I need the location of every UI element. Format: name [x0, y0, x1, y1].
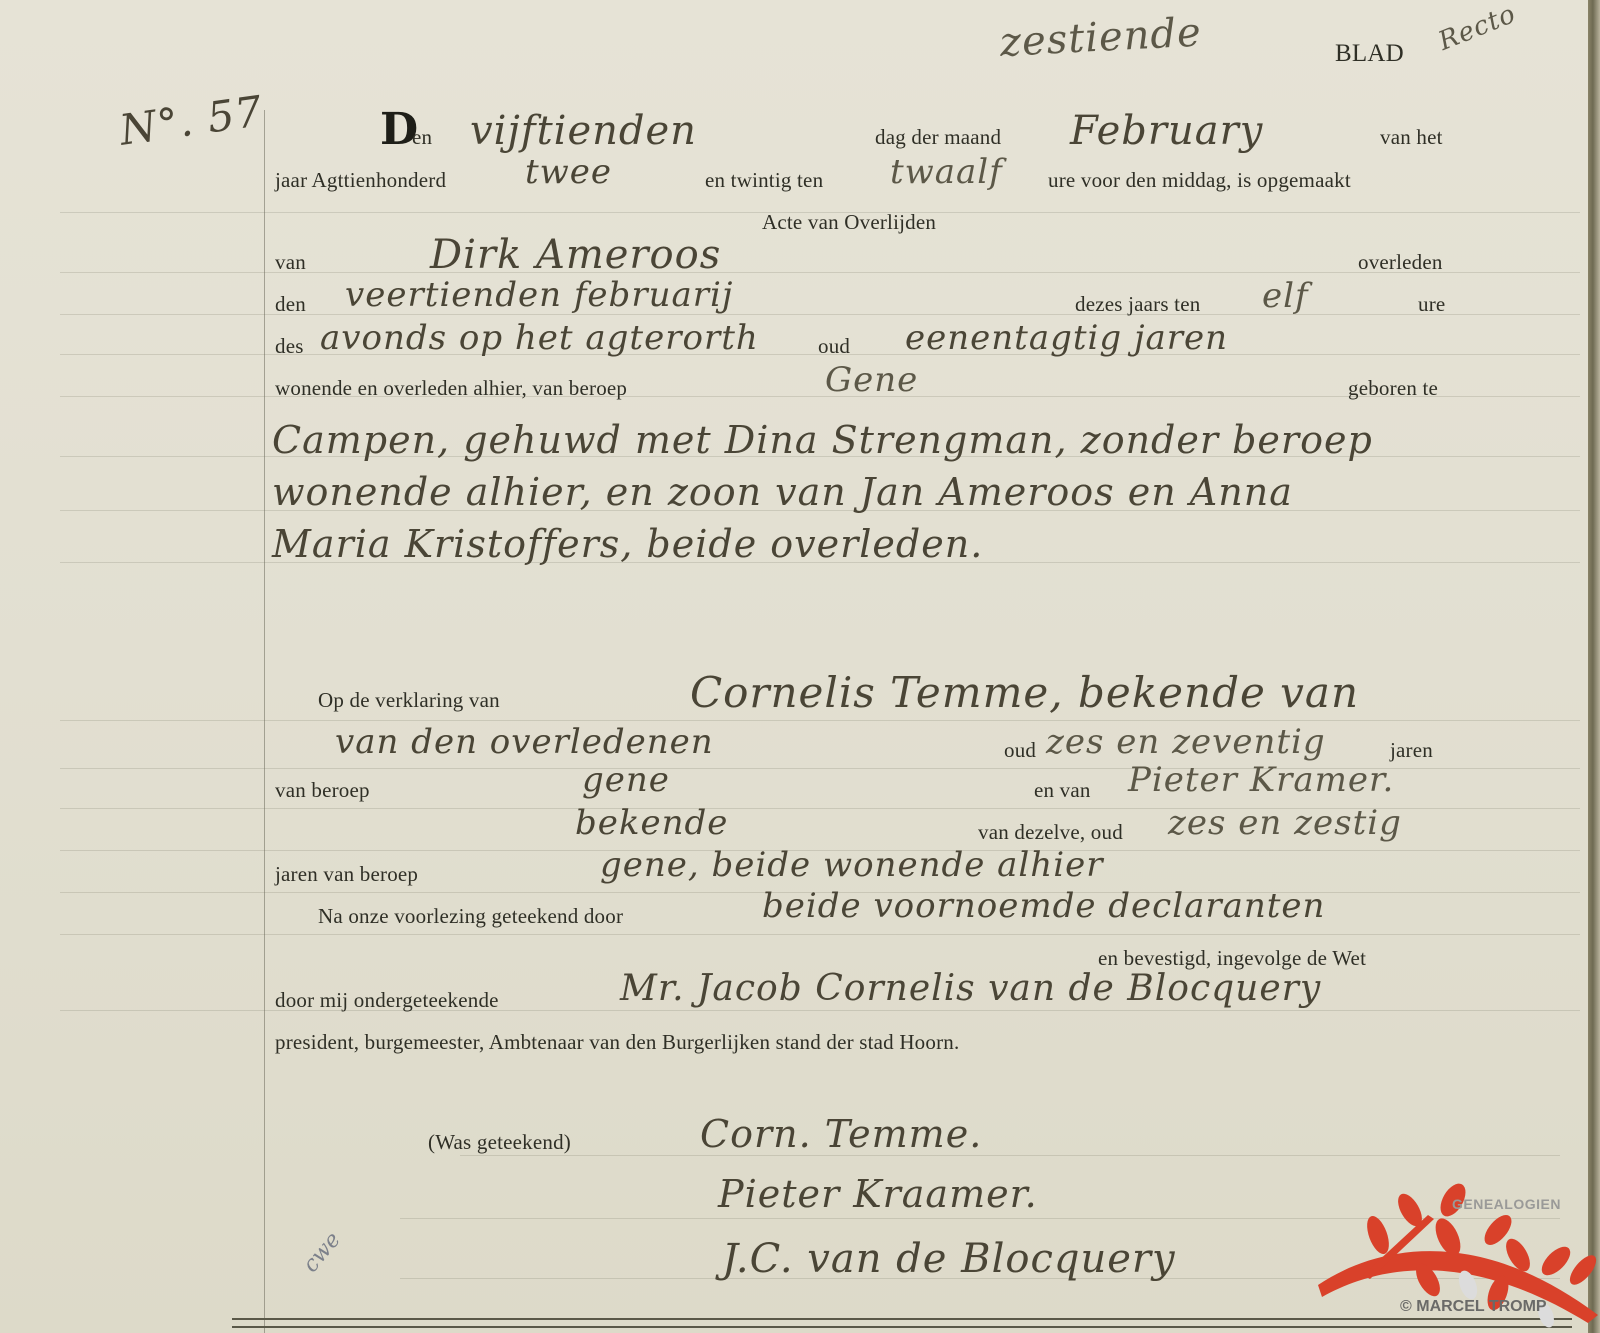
- time-of-day-handwritten: avonds op het agterorth: [320, 318, 759, 358]
- sheet-number-handwritten: zestiende: [999, 9, 1203, 66]
- printed-van-beroep: van beroep: [275, 778, 370, 803]
- day-handwritten: vijftienden: [470, 108, 697, 154]
- official-name-handwritten: Mr. Jacob Cornelis van de Blocquery: [620, 968, 1321, 1009]
- was-geteekend-label: (Was geteekend): [428, 1130, 571, 1155]
- register-page: zestiende BLAD Recto N°. 57 D en vijftie…: [0, 0, 1588, 1333]
- deceased-age-handwritten: eenentagtig jaren: [905, 318, 1228, 358]
- signature-blocquery: J.C. van de Blocquery: [722, 1236, 1176, 1282]
- death-date-handwritten: veertienden februarij: [345, 275, 733, 315]
- year-handwritten: twee: [525, 152, 612, 192]
- printed-overleden: overleden: [1358, 250, 1443, 275]
- declarant2-age-handwritten: zes en zestig: [1168, 803, 1402, 843]
- declarant1-handwritten: Cornelis Temme, bekende van: [690, 668, 1359, 717]
- page-edge: [1588, 0, 1600, 1333]
- signature-temme: Corn. Temme.: [700, 1112, 982, 1156]
- deceased-occupation-handwritten: Gene: [825, 360, 918, 400]
- declarant2-occupation-handwritten: gene, beide wonende alhier: [600, 845, 1103, 885]
- deceased-name-handwritten: Dirk Ameroos: [430, 232, 721, 278]
- month-handwritten: February: [1070, 108, 1263, 154]
- printed-jaren: jaren: [1390, 738, 1433, 763]
- printed-dag-der-maand: dag der maand: [875, 125, 1001, 150]
- printed-en-twintig: en twintig ten: [705, 168, 823, 193]
- printed-president: president, burgemeester, Ambtenaar van d…: [275, 1030, 959, 1055]
- watermark-top-text: GENEALOGIEN: [1452, 1196, 1561, 1212]
- printed-jaar: jaar Agttienhonderd: [275, 168, 446, 193]
- printed-jaren-van-beroep: jaren van beroep: [275, 862, 418, 887]
- declarant2-handwritten: Pieter Kramer.: [1128, 760, 1394, 800]
- printed-door-mij: door mij ondergeteekende: [275, 988, 499, 1013]
- act-title: Acte van Overlijden: [762, 210, 936, 235]
- relation2-handwritten: bekende: [575, 803, 728, 843]
- relation1-handwritten: van den overledenen: [335, 722, 714, 762]
- ruled-line: [460, 1155, 1560, 1156]
- act-number: N°. 57: [117, 86, 266, 155]
- printed-en-van: en van: [1034, 778, 1091, 803]
- declarant1-occupation-handwritten: gene: [582, 760, 670, 800]
- parents-status-handwritten: Maria Kristoffers, beide overleden.: [272, 522, 983, 566]
- birthplace-spouse-handwritten: Campen, gehuwd met Dina Strengman, zonde…: [272, 418, 1373, 462]
- printed-na-onze-voorlezing: Na onze voorlezing geteekend door: [318, 904, 623, 929]
- printed-den-2: den: [275, 292, 306, 317]
- printed-ure: ure: [1418, 292, 1445, 317]
- margin-line: [264, 110, 265, 1333]
- printed-van-het: van het: [1380, 125, 1443, 150]
- ruled-line: [60, 720, 1580, 721]
- printed-dezes-jaars: dezes jaars ten: [1075, 292, 1200, 317]
- watermark-copyright: © MARCEL TROMP: [1400, 1298, 1547, 1316]
- hour-handwritten: twaalf: [890, 152, 1003, 192]
- printed-den: en: [412, 125, 432, 150]
- signature-kraamer: Pieter Kraamer.: [718, 1172, 1038, 1216]
- printed-ure-voor: ure voor den middag, is opgemaakt: [1048, 168, 1351, 193]
- sheet-side-handwritten: Recto: [1434, 0, 1520, 57]
- printed-van-dezelve: van dezelve, oud: [978, 820, 1123, 845]
- printed-wonende: wonende en overleden alhier, van beroep: [275, 376, 627, 401]
- sheet-label: BLAD: [1335, 40, 1404, 68]
- death-hour-handwritten: elf: [1262, 276, 1309, 316]
- printed-oud-2: oud: [1004, 738, 1036, 763]
- ruled-line: [60, 934, 1580, 935]
- parents-handwritten: wonende alhier, en zoon van Jan Ameroos …: [272, 470, 1293, 514]
- printed-des: des: [275, 334, 304, 359]
- pencil-note: cwe: [298, 1228, 346, 1278]
- printed-oud: oud: [818, 334, 850, 359]
- printed-op-de-verklaring: Op de verklaring van: [318, 688, 500, 713]
- printed-geboren-te: geboren te: [1348, 376, 1438, 401]
- signed-by-handwritten: beide voornoemde declaranten: [762, 886, 1325, 926]
- printed-van: van: [275, 250, 306, 275]
- declarant1-age-handwritten: zes en zeventig: [1046, 722, 1326, 762]
